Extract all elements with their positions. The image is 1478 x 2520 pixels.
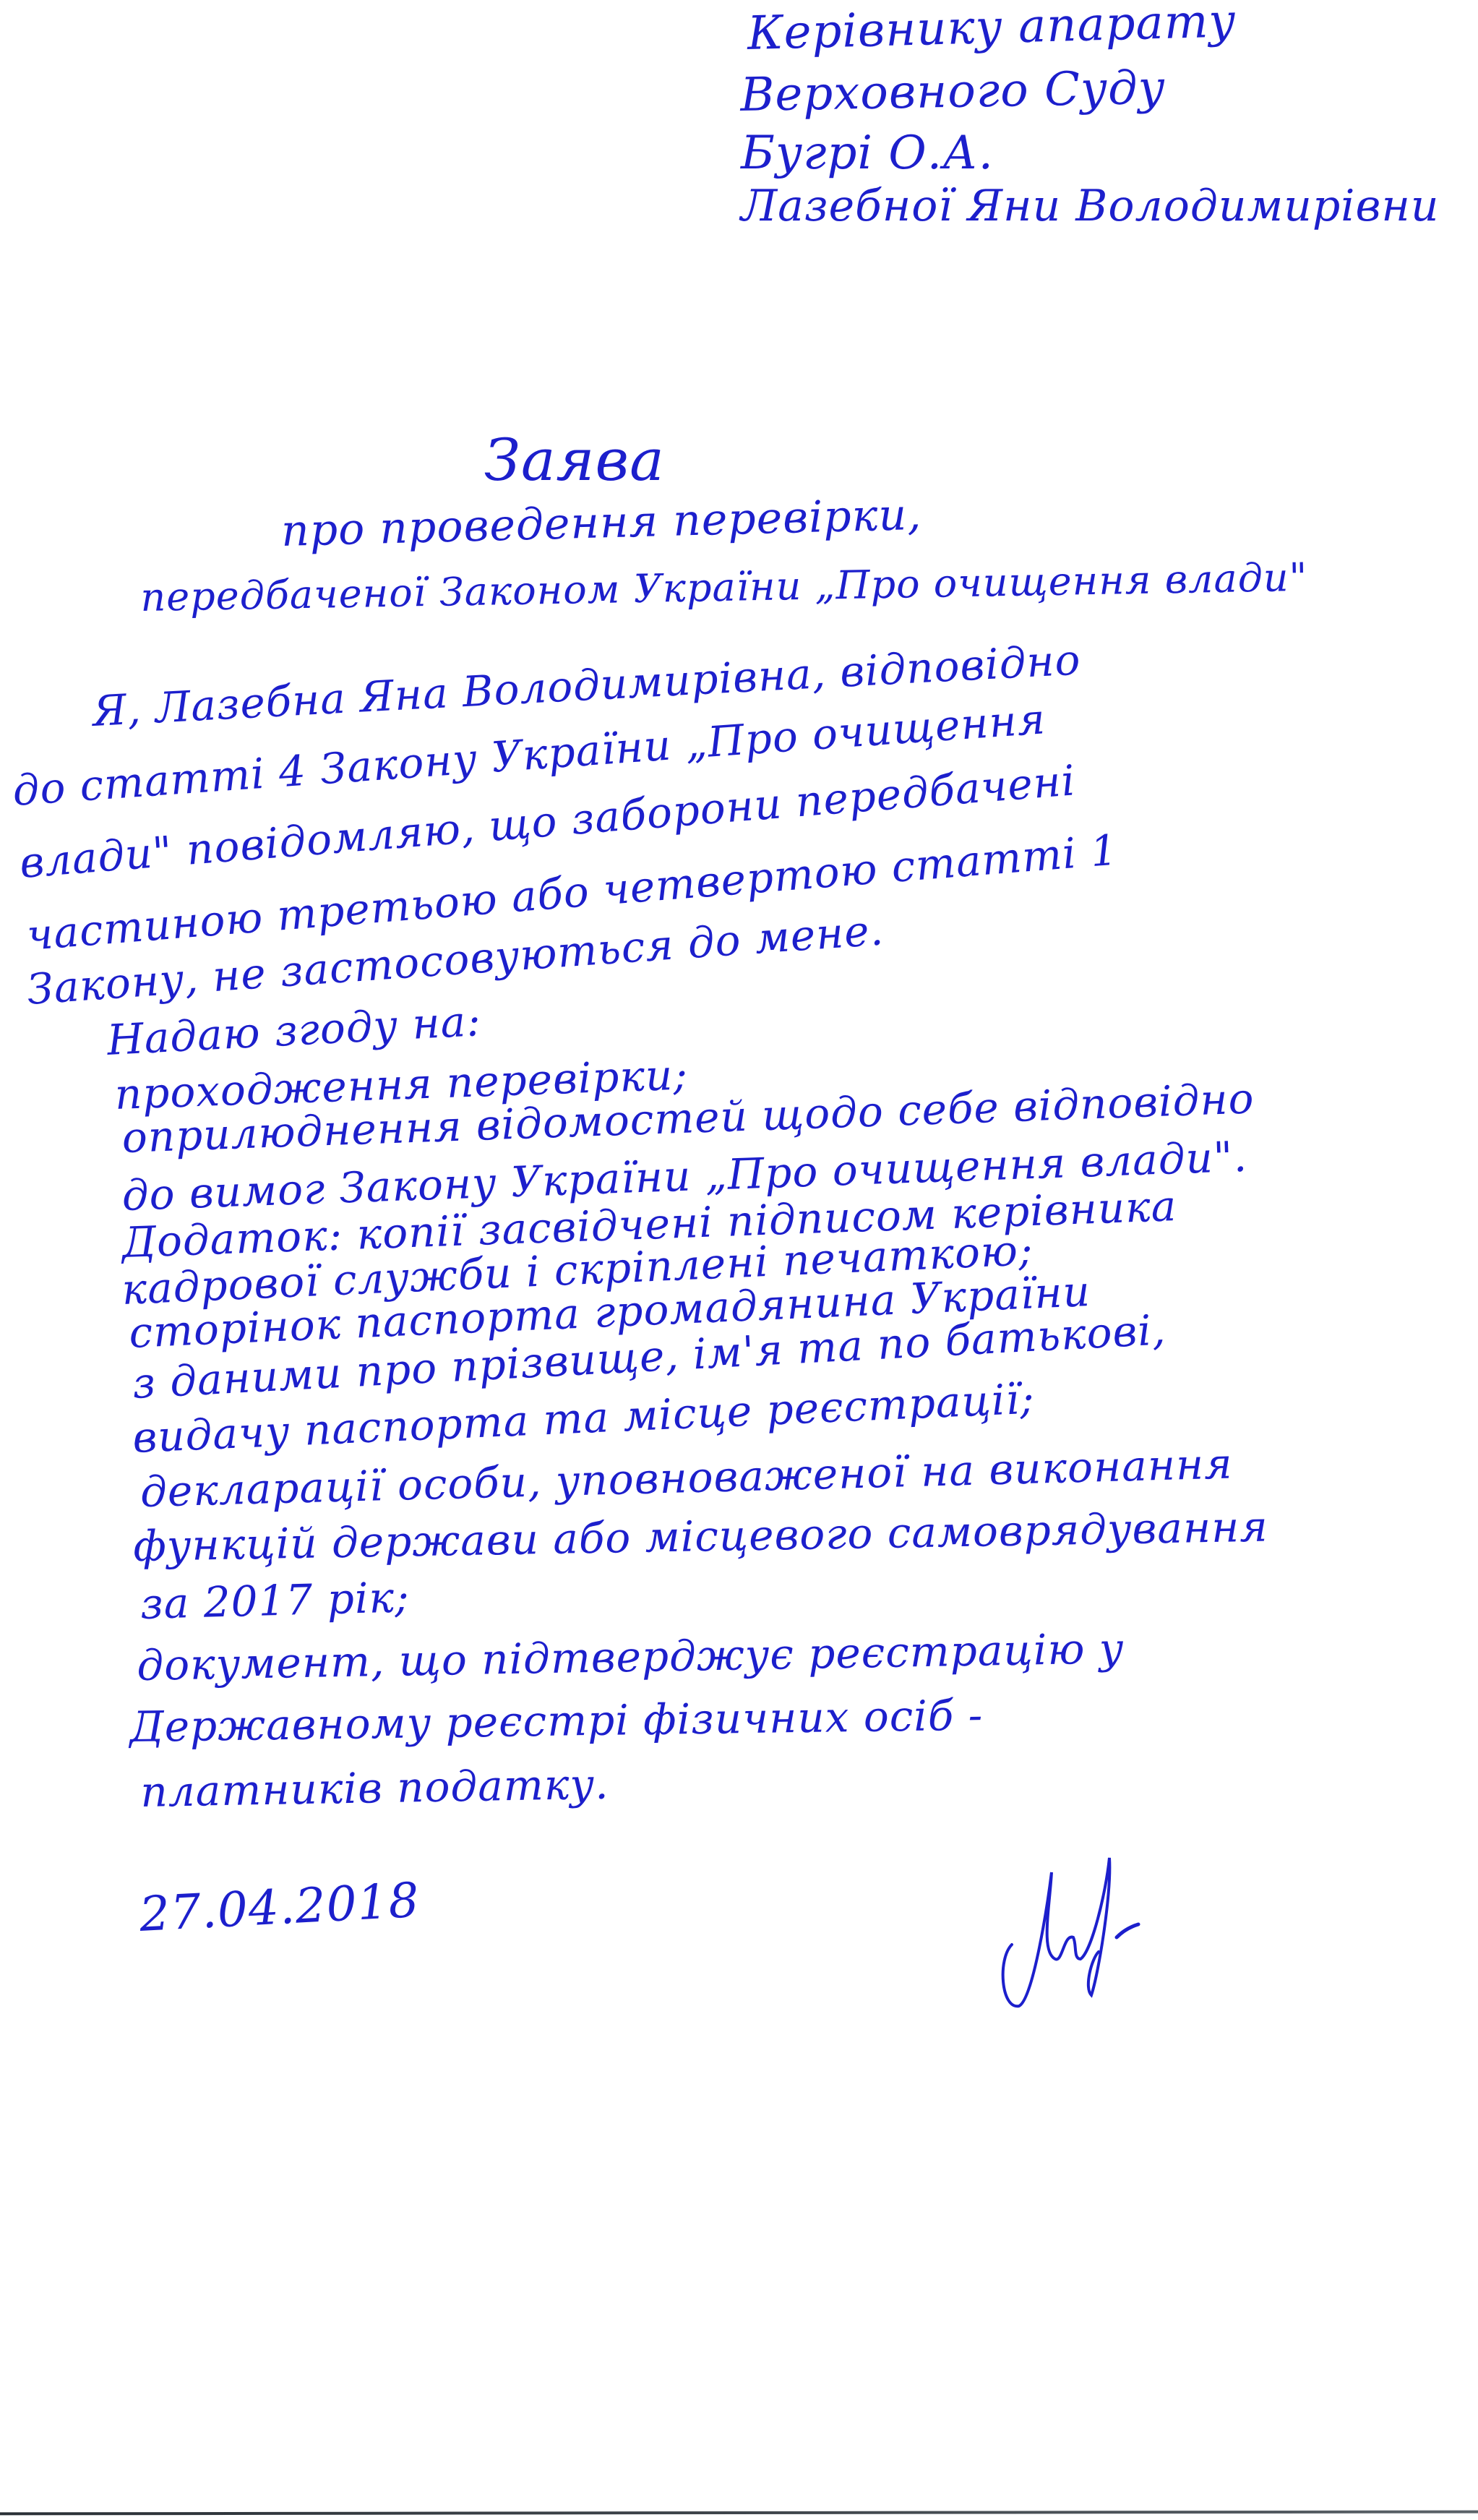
document-page: Керівнику апарату Верховного Суду Бугрі …	[0, 0, 1478, 2520]
document-date: 27.04.2018	[138, 1872, 421, 1942]
addressee-line-3: Бугрі О.А.	[741, 127, 994, 180]
consent-heading: Надаю згоду на:	[106, 996, 482, 1065]
attachment-line-8: за 2017 рік;	[139, 1572, 410, 1629]
attachment-line-10: Державному реєстрі фізичних осіб -	[129, 1691, 984, 1752]
attachment-line-9: документ, що підтверджує реєстрацію у	[137, 1624, 1125, 1690]
scan-edge-line	[0, 2511, 1478, 2516]
addressee-line-2: Верховного Суду	[740, 61, 1166, 122]
signature-icon	[983, 1851, 1286, 2010]
document-title: Заява	[484, 427, 665, 494]
subtitle-line-1: про проведення перевірки,	[280, 489, 922, 557]
attachment-line-11: платників податку.	[140, 1760, 609, 1817]
addressee-line-1: Керівнику апарату	[747, 0, 1237, 61]
addressee-line-4: Лазебної Яни Володимирівни	[741, 181, 1440, 231]
subtitle-line-2: передбаченої Законом України „Про очищен…	[140, 554, 1308, 620]
